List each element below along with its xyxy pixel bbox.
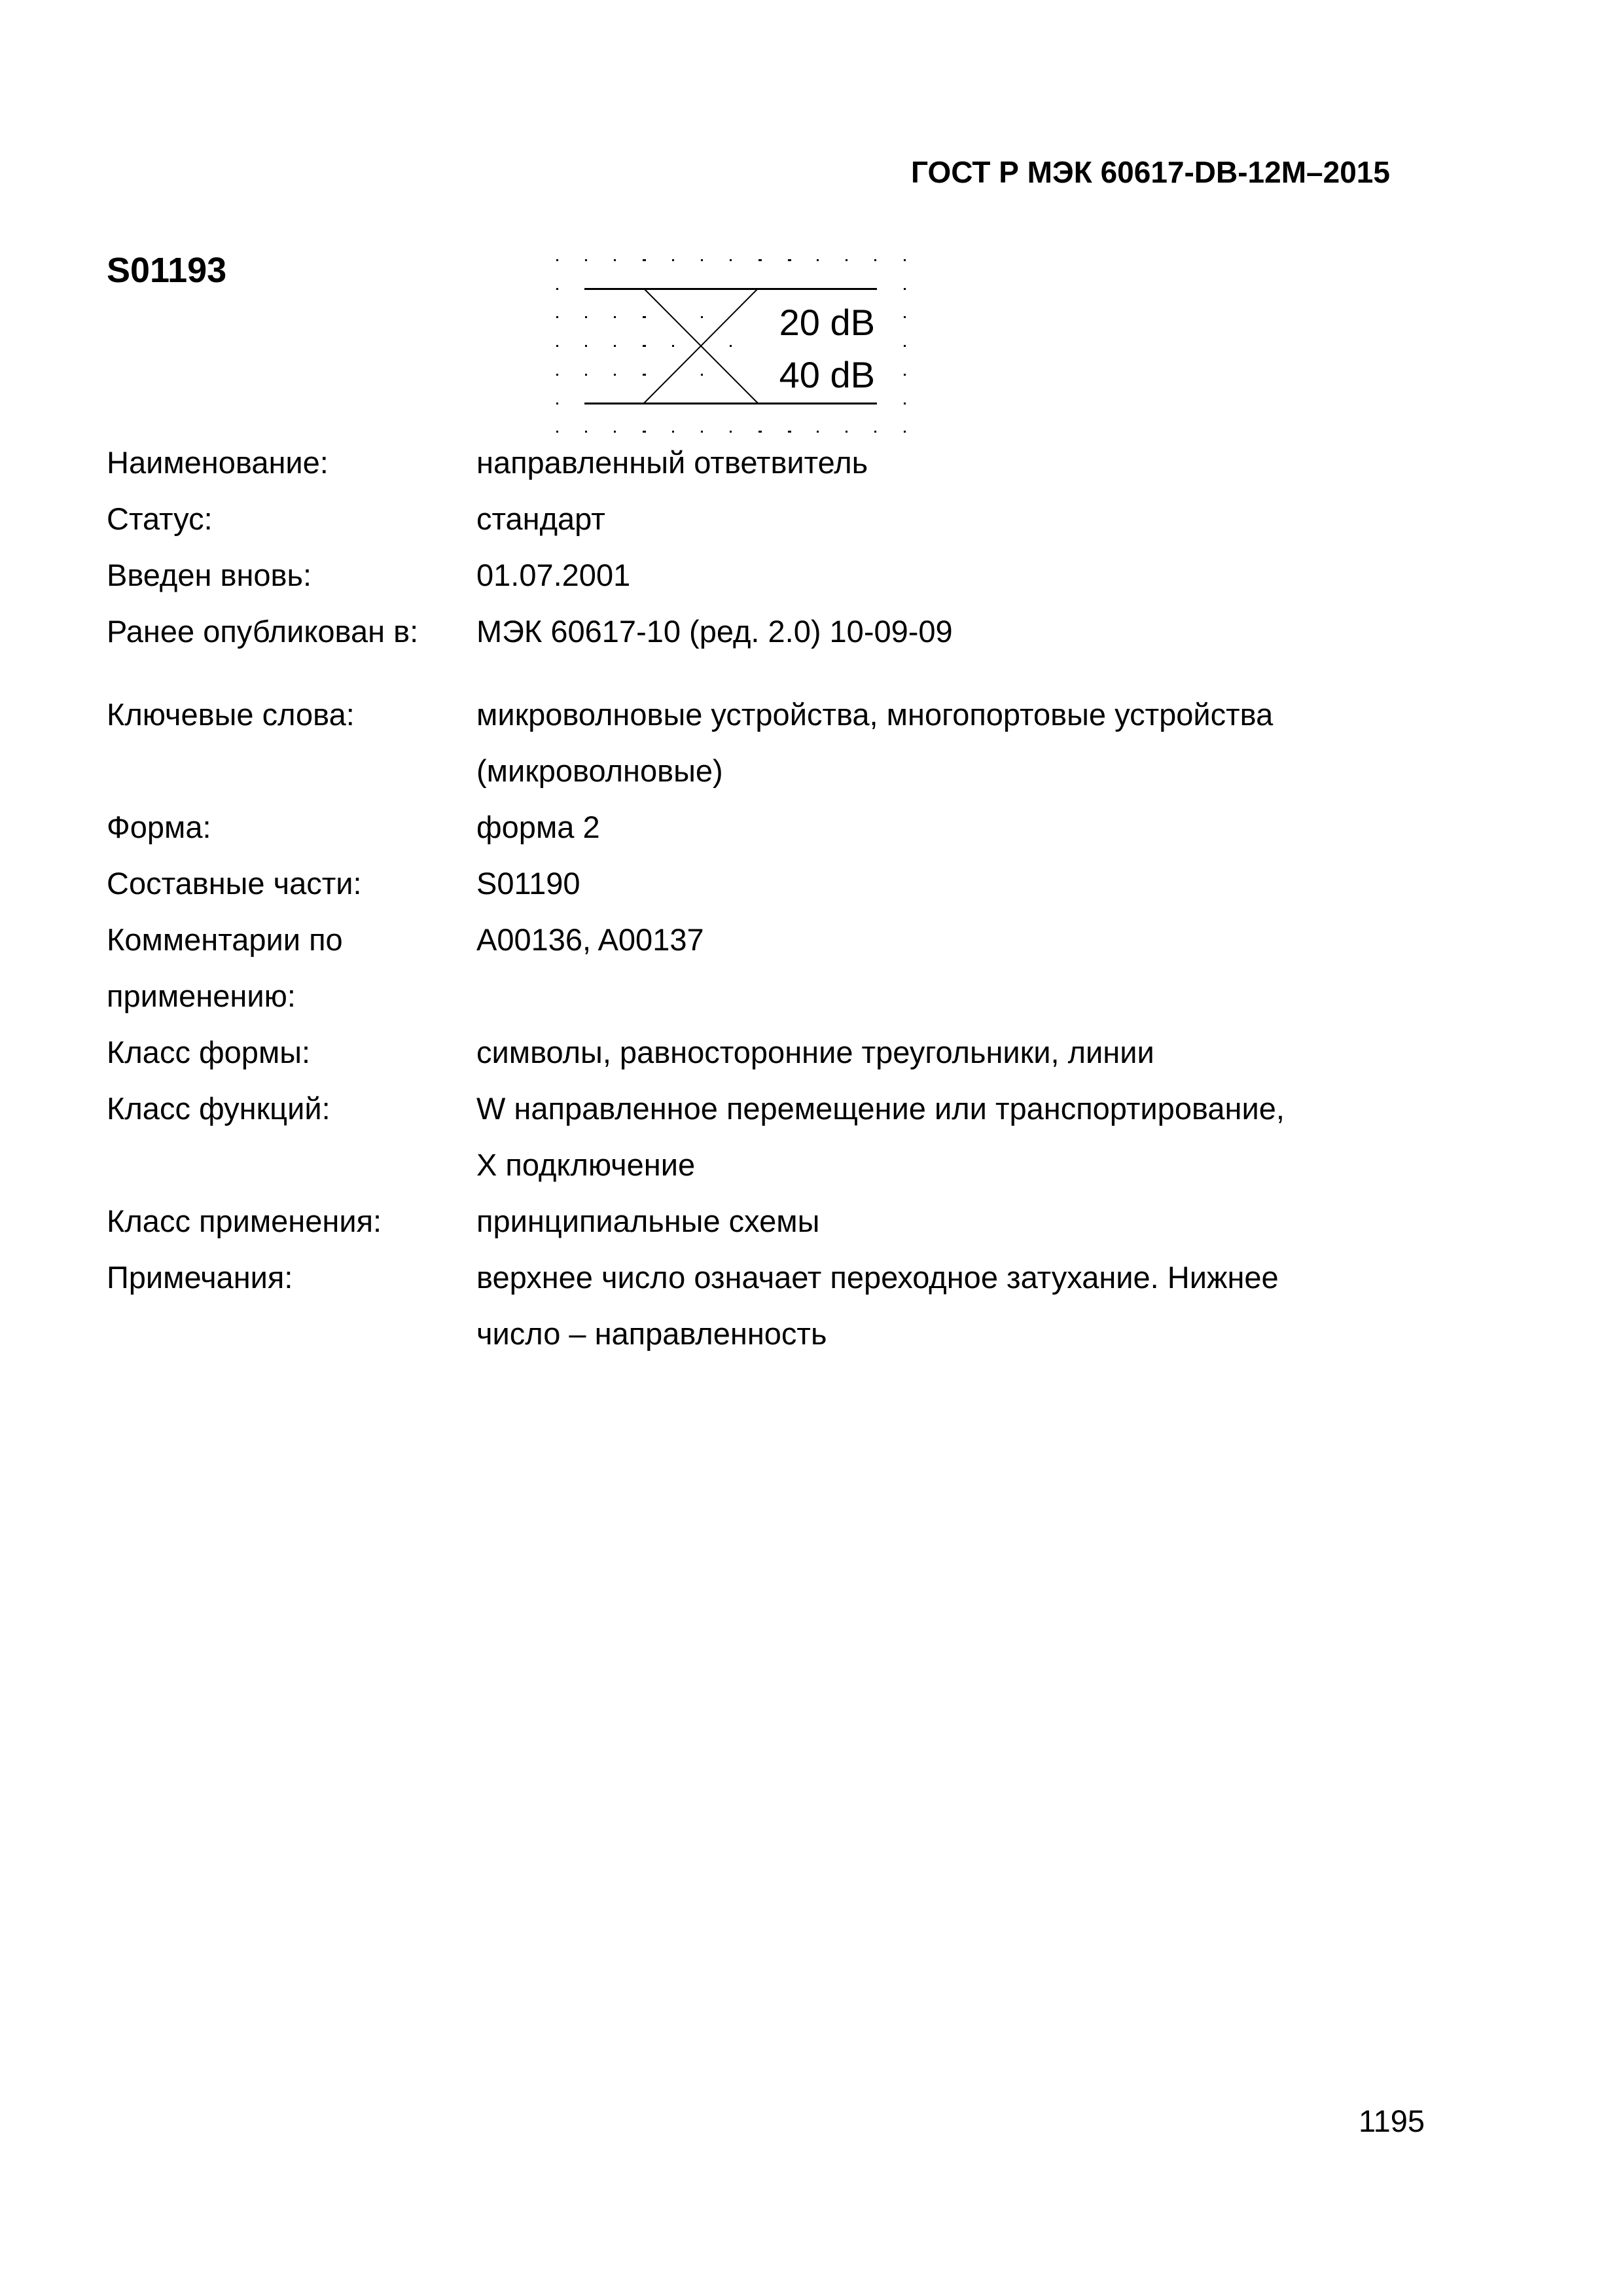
field-components: Составные части: S01190	[107, 855, 1481, 912]
field-value: микроволновые устройства, многопортовые …	[476, 687, 1481, 743]
field-label: Ранее опубликован в:	[107, 603, 476, 660]
field-label: Форма:	[107, 799, 476, 855]
field-keywords: Ключевые слова: микроволновые устройства…	[107, 687, 1481, 799]
field-application-class: Класс применения: принципиальные схемы	[107, 1193, 1481, 1249]
field-value: верхнее число означает переходное затуха…	[476, 1249, 1481, 1306]
coupling-label-top: 20 dB	[779, 302, 875, 343]
field-value: направленный ответвитель	[476, 435, 1481, 491]
field-function-class: Класс функций: W направленное перемещени…	[107, 1081, 1481, 1193]
field-value: A00136, A00137	[476, 912, 1481, 968]
field-value: число – направленность	[476, 1306, 1481, 1362]
field-value: символы, равносторонние треугольники, ли…	[476, 1024, 1481, 1081]
field-form: Форма: форма 2	[107, 799, 1481, 855]
field-value: 01.07.2001	[476, 547, 1481, 603]
symbol-code: S01193	[107, 249, 226, 291]
page-number: 1195	[1359, 2103, 1425, 2140]
field-label: Комментарии по	[107, 912, 476, 968]
field-label: Введен вновь:	[107, 547, 476, 603]
field-label: Составные части:	[107, 855, 476, 912]
field-value: стандарт	[476, 491, 1481, 547]
field-introduced: Введен вновь: 01.07.2001	[107, 547, 1481, 603]
directivity-label-bottom: 40 dB	[779, 354, 875, 395]
field-notes: Примечания: верхнее число означает перех…	[107, 1249, 1481, 1362]
field-name: Наименование: направленный ответвитель	[107, 435, 1481, 491]
directional-coupler-symbol-icon: 20 dB 40 dB	[550, 252, 916, 442]
field-status: Статус: стандарт	[107, 491, 1481, 547]
field-application-comments: Комментарии по применению: A00136, A0013…	[107, 912, 1481, 1024]
field-value: форма 2	[476, 799, 1481, 855]
document-header-standard: ГОСТ Р МЭК 60617-DB-12M–2015	[911, 154, 1390, 190]
field-label: Наименование:	[107, 435, 476, 491]
field-value: принципиальные схемы	[476, 1193, 1481, 1249]
field-label: Примечания:	[107, 1249, 476, 1362]
field-label: применению:	[107, 968, 476, 1024]
field-previously-published: Ранее опубликован в: МЭК 60617-10 (ред. …	[107, 603, 1481, 660]
field-value: МЭК 60617-10 (ред. 2.0) 10-09-09	[476, 603, 1481, 660]
field-value: (микроволновые)	[476, 743, 1481, 799]
field-label: Класс применения:	[107, 1193, 476, 1249]
field-value: X подключение	[476, 1137, 1481, 1193]
field-label: Статус:	[107, 491, 476, 547]
field-label: Класс формы:	[107, 1024, 476, 1081]
field-value: W направленное перемещение или транспорт…	[476, 1081, 1481, 1137]
field-label: Класс функций:	[107, 1081, 476, 1193]
symbol-properties: Наименование: направленный ответвитель С…	[107, 435, 1481, 1362]
field-value: S01190	[476, 855, 1481, 912]
field-label: Ключевые слова:	[107, 687, 476, 799]
field-form-class: Класс формы: символы, равносторонние тре…	[107, 1024, 1481, 1081]
grid-dots	[556, 259, 906, 433]
